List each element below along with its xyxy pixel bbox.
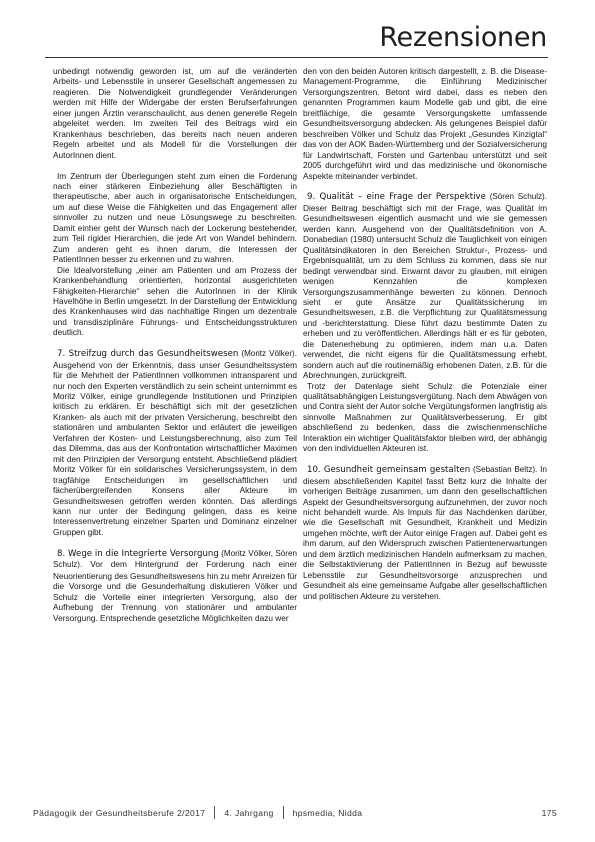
page-number: 175 (542, 808, 557, 818)
left-column: unbedingt notwendig geworden ist, um auf… (53, 66, 297, 623)
paragraph: Im Zentrum der Überlegungen steht zum ei… (53, 171, 297, 265)
section-author: (Moritz Völker). (241, 349, 297, 358)
section-9: 9. Qualität – eine Frage der Perspektive… (303, 191, 547, 380)
publisher: hpsmedia, Nidda (293, 808, 363, 818)
paragraph: den von den beiden Autoren kritisch darg… (303, 66, 547, 181)
right-column: den von den beiden Autoren kritisch darg… (303, 66, 547, 601)
section-body: Vor dem Hintergrund der Forderung nach e… (53, 559, 297, 622)
section-heading: 7. Streifzug durch das Gesundheitswesen (57, 349, 238, 359)
section-8: 8. Wege in die Integrierte Versorgung (M… (53, 548, 297, 623)
page-footer: Pädagogik der Gesundheitsberufe 2/2017 4… (33, 806, 557, 819)
section-author: (Sören Schulz). (490, 192, 547, 201)
volume-info: 4. Jahrgang (224, 808, 273, 818)
section-title: Rezensionen (379, 22, 547, 53)
section-heading: 9. Qualität – eine Frage der Perspektive (307, 192, 486, 202)
journal-name: Pädagogik der Gesundheitsberufe 2/2017 (33, 808, 205, 818)
section-body: Ausgehend von der Erkenntnis, dass unser… (53, 360, 297, 537)
section-author: (Sebastian Beltz). (473, 465, 537, 474)
footer-divider (283, 806, 284, 819)
section-7: 7. Streifzug durch das Gesundheitswesen … (53, 348, 297, 537)
paragraph: Die Idealvorstellung „einer am Patienten… (53, 265, 297, 338)
header-rule (45, 57, 548, 58)
section-heading: 8. Wege in die Integrierte Versorgung (57, 549, 219, 559)
section-10: 10. Gesundheit gemeinsam gestalten (Seba… (303, 464, 547, 601)
footer-divider (214, 806, 215, 819)
paragraph: Trotz der Datenlage sieht Schulz die Pot… (303, 381, 547, 454)
section-body: In diesem abschließenden Kapitel fasst B… (303, 464, 547, 600)
paragraph: unbedingt notwendig geworden ist, um auf… (53, 66, 297, 160)
section-heading: 10. Gesundheit gemeinsam gestalten (307, 465, 470, 475)
section-body: Dieser Beitrag beschäftigt sich mit der … (303, 203, 547, 380)
